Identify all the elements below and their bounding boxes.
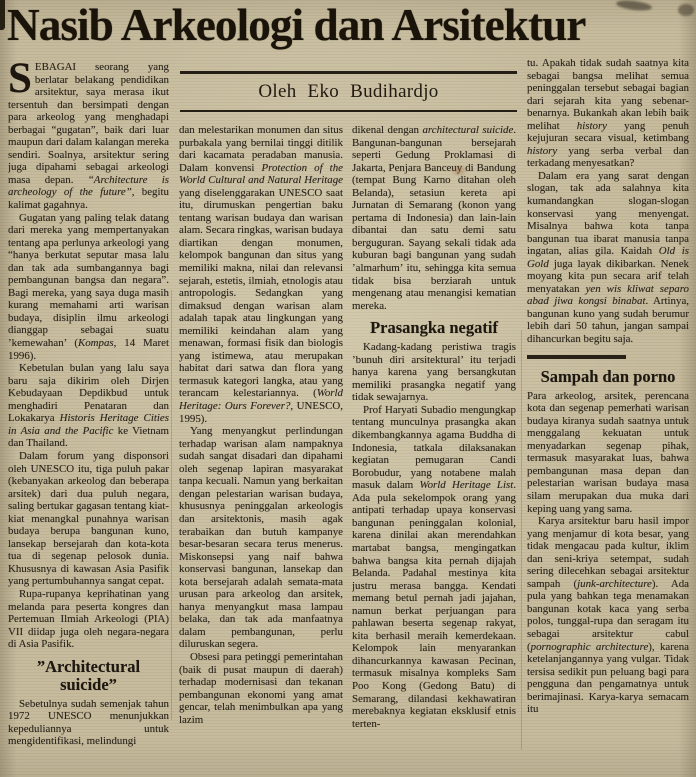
article-column-1: SEBAGAI seorang yang berlatar belakang p… xyxy=(8,61,169,773)
article-column-3: dikenal dengan architectural suicide. Ba… xyxy=(352,124,516,773)
column-fold-line-left xyxy=(171,290,172,720)
section-heading: ”Architectural suicide” xyxy=(8,658,169,694)
paragraph: Dalam era yang sarat dengan slogan, tak … xyxy=(527,170,689,346)
paragraph: Rupa-rupanya keprihatinan yang melanda p… xyxy=(8,588,169,651)
column-fold-line-right xyxy=(521,330,522,750)
section-heading: Prasangka negatif xyxy=(352,319,516,337)
paragraph: Sebetulnya sudah semenjak tahun 1972 UNE… xyxy=(8,698,169,748)
newspaper-clipping: Nasib Arkeologi dan Arsitektur Oleh Eko … xyxy=(0,0,696,777)
byline-box: Oleh Eko Budihardjo xyxy=(180,71,517,112)
section-heading: Sampah dan porno xyxy=(527,368,689,386)
scan-mark-top-left xyxy=(0,0,5,30)
article-column-4: tu. Apakah tidak sudah saatnya kita seba… xyxy=(527,57,689,773)
paragraph: dan melestarikan monumen dan situs purba… xyxy=(179,124,343,425)
paragraph: Para arkeolog, arsitek, perencana kota d… xyxy=(527,390,689,515)
paragraph: Karya arsitektur baru hasil impor yang m… xyxy=(527,515,689,716)
article-column-2: dan melestarikan monumen dan situs purba… xyxy=(179,124,343,773)
paragraph: Kebetulan bulan yang lalu saya baru saja… xyxy=(8,362,169,450)
paragraph: dikenal dengan architectural suicide. Ba… xyxy=(352,124,516,312)
paragraph: Prof Haryati Subadio mengungkap tentang … xyxy=(352,404,516,730)
byline-text: Oleh Eko Budihardjo xyxy=(258,81,438,103)
paragraph: SEBAGAI seorang yang berlatar belakang p… xyxy=(8,61,169,212)
article-headline: Nasib Arkeologi dan Arsitektur xyxy=(7,0,687,51)
paragraph: Kadang-kadang peristiwa tragis ’bunuh di… xyxy=(352,341,516,404)
paragraph: Yang menyangkut perlindungan terhadap wa… xyxy=(179,425,343,651)
section-divider-rule xyxy=(527,355,626,359)
paragraph: Gugatan yang paling telak datang dari me… xyxy=(8,212,169,363)
paragraph: Obsesi para petinggi pemerintahan (baik … xyxy=(179,651,343,726)
paragraph: tu. Apakah tidak sudah saatnya kita seba… xyxy=(527,57,689,170)
paragraph: Dalam forum yang disponsori oleh UNESCO … xyxy=(8,450,169,588)
drop-cap: S xyxy=(8,61,35,98)
